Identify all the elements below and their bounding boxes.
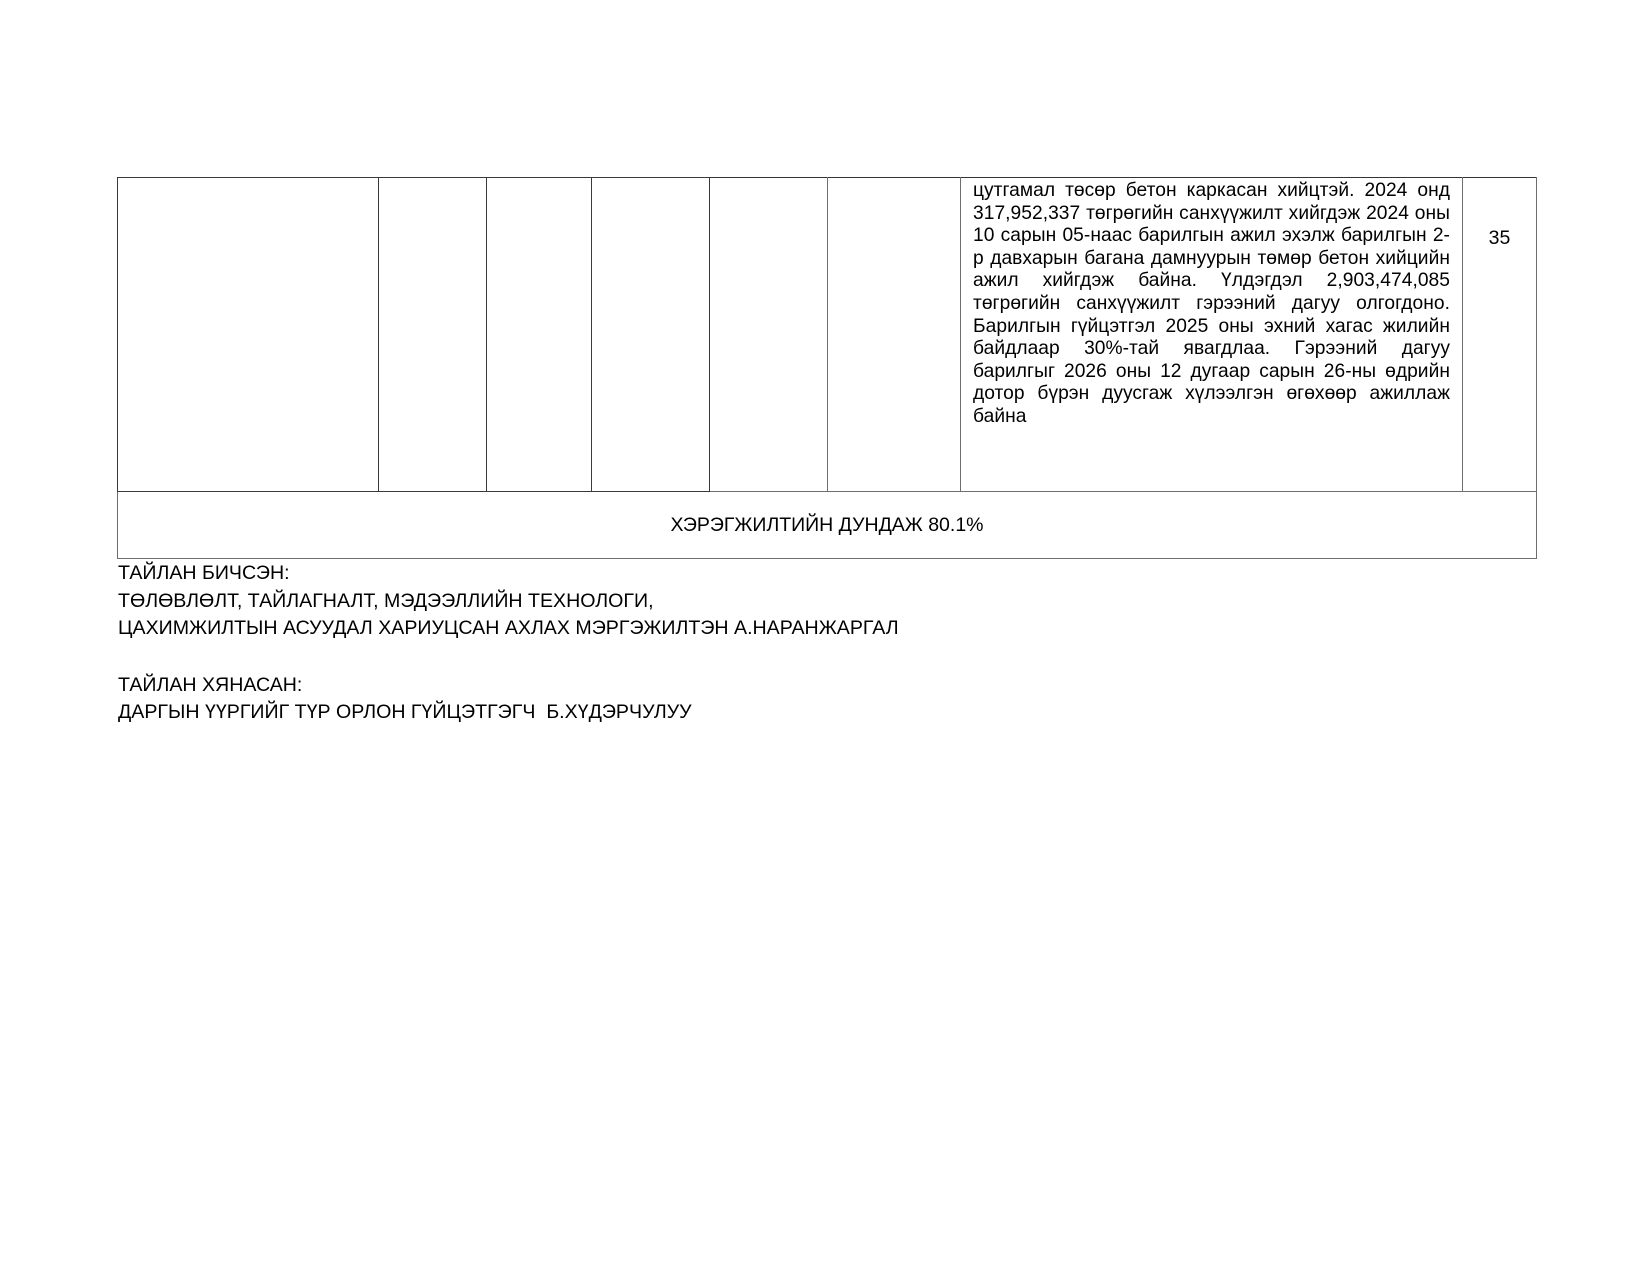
table-cell-empty bbox=[710, 178, 828, 492]
prepared-by-name: ЦАХИМЖИЛТЫН АСУУДАЛ ХАРИУЦСАН АХЛАХ МЭРГ… bbox=[118, 615, 899, 643]
reviewed-by-block: ТАЙЛАН ХЯНАСАН: ДАРГЫН ҮҮРГИЙГ ТҮР ОРЛОН… bbox=[118, 672, 899, 727]
prepared-by-department: ТӨЛӨВЛӨЛТ, ТАЙЛАГНАЛТ, МЭДЭЭЛЛИЙН ТЕХНОЛ… bbox=[118, 588, 899, 616]
description-cell: цутгамал төсөр бетон каркасан хийцтэй. 2… bbox=[961, 178, 1463, 492]
table-cell-empty bbox=[118, 178, 379, 492]
report-signatures: ТАЙЛАН БИЧСЭН: ТӨЛӨВЛӨЛТ, ТАЙЛАГНАЛТ, МЭ… bbox=[118, 560, 899, 756]
description-text: цутгамал төсөр бетон каркасан хийцтэй. 2… bbox=[973, 180, 1450, 427]
table-row: цутгамал төсөр бетон каркасан хийцтэй. 2… bbox=[118, 178, 1537, 492]
table-cell-empty bbox=[592, 178, 710, 492]
prepared-by-block: ТАЙЛАН БИЧСЭН: ТӨЛӨВЛӨЛТ, ТАЙЛАГНАЛТ, МЭ… bbox=[118, 560, 899, 643]
table-cell-empty bbox=[828, 178, 961, 492]
score-cell: 35 bbox=[1463, 178, 1537, 492]
reviewed-by-label: ТАЙЛАН ХЯНАСАН: bbox=[118, 672, 899, 700]
report-table: цутгамал төсөр бетон каркасан хийцтэй. 2… bbox=[117, 177, 1537, 559]
table-cell-empty bbox=[379, 178, 487, 492]
prepared-by-label: ТАЙЛАН БИЧСЭН: bbox=[118, 560, 899, 588]
implementation-average: ХЭРЭГЖИЛТИЙН ДУНДАЖ 80.1% bbox=[118, 492, 1537, 559]
reviewed-by-name: ДАРГЫН ҮҮРГИЙГ ТҮР ОРЛОН ГҮЙЦЭТГЭГЧ Б.ХҮ… bbox=[118, 699, 899, 727]
table-cell-empty bbox=[487, 178, 592, 492]
summary-row: ХЭРЭГЖИЛТИЙН ДУНДАЖ 80.1% bbox=[118, 492, 1537, 559]
